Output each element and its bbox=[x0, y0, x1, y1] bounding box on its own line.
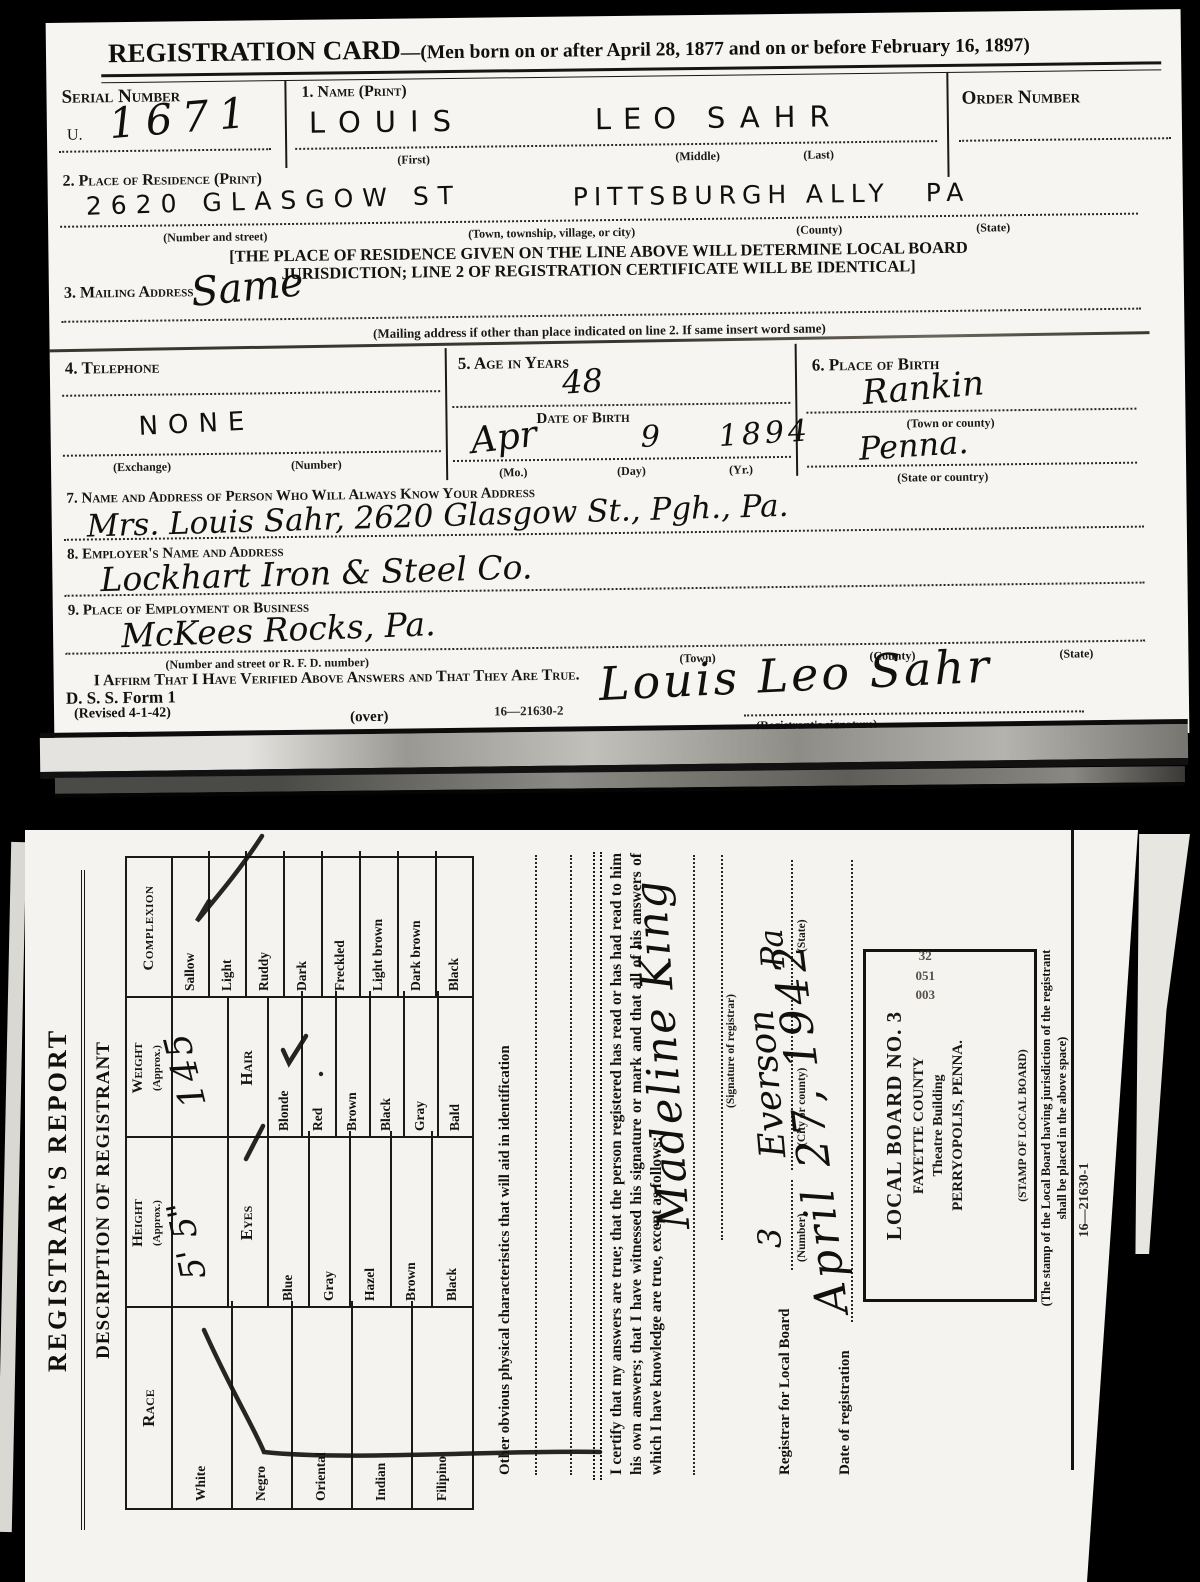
telephone-label: 4. Telephone bbox=[65, 358, 160, 379]
name-first-cap: (First) bbox=[397, 152, 430, 167]
eyes-option-brown: Brown bbox=[390, 1131, 433, 1308]
dob-label: Date of Birth bbox=[536, 410, 629, 428]
adjacent-card-sliver-left bbox=[0, 842, 26, 1532]
stamp-note-line2: shall be placed in the above space) bbox=[1055, 936, 1071, 1320]
telephone-number-cap: (Number) bbox=[291, 457, 342, 473]
height-header: Height bbox=[127, 1138, 147, 1308]
serial-prefix: U. bbox=[67, 127, 83, 145]
hair-header: Hair bbox=[237, 1050, 256, 1085]
hair-option-black: Black bbox=[369, 991, 405, 1138]
residence-state-cap: (State) bbox=[976, 220, 1010, 235]
complexion-option-dark: Dark bbox=[283, 851, 323, 998]
back-card: REGISTRAR'S REPORT DESCRIPTION OF REGIST… bbox=[25, 830, 1170, 1582]
complexion-option-sallow: Sallow bbox=[171, 851, 210, 998]
front-print-code: 16—21630-2 bbox=[494, 703, 564, 720]
name-middle-value: Leo bbox=[595, 101, 689, 136]
eyes-option-gray: Gray bbox=[308, 1131, 351, 1308]
dob-day-value: 9 bbox=[641, 419, 661, 454]
race-header: Race bbox=[139, 1389, 158, 1427]
dob-month-cap: (Mo.) bbox=[499, 465, 528, 480]
name-first-value: Louis bbox=[309, 104, 466, 140]
card-title-sub: —(Men born on or after April 28, 1877 an… bbox=[401, 35, 1030, 64]
race-option-filipino: Filipino bbox=[411, 1301, 472, 1508]
eyes-option-hazel: Hazel bbox=[349, 1131, 392, 1308]
employment-state-cap: (State) bbox=[1059, 646, 1093, 661]
complexion-option-ruddy: Ruddy bbox=[245, 851, 285, 998]
registration-date-label: Date of registration bbox=[837, 1350, 854, 1475]
stamp-caption: (STAMP OF LOCAL BOARD) bbox=[1017, 952, 1029, 1299]
complexion-option-light-brown: Light brown bbox=[359, 851, 399, 998]
back-bottom-rule bbox=[1071, 830, 1074, 1470]
hair-option-gray: Gray bbox=[403, 991, 439, 1138]
complexion-header: Complexion bbox=[141, 886, 157, 971]
dob-day-cap: (Day) bbox=[617, 464, 646, 479]
serial-value: 1671 bbox=[107, 87, 257, 148]
registrant-signature: Louis Leo Sahr bbox=[598, 639, 994, 711]
age-value: 48 bbox=[561, 361, 604, 402]
adjacent-card-sliver bbox=[1128, 834, 1190, 1254]
hair-option-red: Red bbox=[301, 991, 337, 1138]
stamp-code-1: 32 bbox=[916, 947, 936, 967]
name-last-cap: (Last) bbox=[803, 147, 834, 162]
race-option-negro: Negro bbox=[231, 1301, 293, 1508]
mailing-value: Same bbox=[189, 259, 306, 316]
local-board-stamp: LOCAL BOARD NO. 3 FAYETTE COUNTY Theatre… bbox=[863, 949, 1037, 1302]
complexion-option-black: Black bbox=[435, 851, 472, 998]
birthplace-state-value: Penna. bbox=[858, 423, 970, 468]
residence-town-cap: (Town, township, village, or city) bbox=[468, 225, 635, 242]
hair-option-bald: Bald bbox=[437, 991, 472, 1138]
residence-state-value: Pa bbox=[926, 178, 971, 208]
residence-county-value: Ally bbox=[806, 179, 891, 209]
registrar-board-number-value: 3 bbox=[751, 1228, 789, 1248]
report-title: REGISTRAR'S REPORT bbox=[25, 830, 73, 1570]
stamp-code-2: 051 bbox=[916, 966, 936, 986]
back-print-code: 16—21630-1 bbox=[1077, 830, 1093, 1570]
stamp-code-numbers: 32 051 003 bbox=[916, 947, 936, 1006]
eyes-option-blue: Blue bbox=[267, 1131, 310, 1308]
card-title-main: REGISTRATION CARD bbox=[108, 35, 401, 69]
race-option-indian: Indian bbox=[351, 1301, 413, 1508]
certify-divider bbox=[593, 852, 602, 1480]
order-number-label: Order Number bbox=[961, 86, 1080, 109]
over-note: (over) bbox=[350, 709, 389, 726]
birthplace-town-value: Rankin bbox=[861, 363, 986, 413]
race-option-oriental: Oriental bbox=[291, 1301, 353, 1508]
stamp-code-3: 003 bbox=[916, 986, 936, 1006]
complexion-option-light: Light bbox=[208, 851, 247, 998]
stamp-note: (The stamp of the Local Board having jur… bbox=[1039, 936, 1070, 1320]
telephone-exchange-cap: (Exchange) bbox=[113, 459, 171, 475]
dob-month-value: Apr bbox=[469, 414, 540, 462]
dob-year-cap: (Yr.) bbox=[729, 462, 753, 477]
age-label: 5. Age in Years bbox=[458, 353, 569, 374]
complexion-option-dark-brown: Dark brown bbox=[397, 851, 437, 998]
registrar-signature-cap: (Signature of registrar) bbox=[725, 994, 737, 1108]
mailing-label: 3. Mailing Address bbox=[64, 283, 194, 303]
card-title: REGISTRATION CARD—(Men born on or after … bbox=[108, 27, 1030, 69]
form-revision: (Revised 4-1-42) bbox=[74, 705, 171, 722]
report-subtitle: DESCRIPTION OF REGISTRANT bbox=[85, 830, 115, 1570]
registrars-report-form: REGISTRAR'S REPORT DESCRIPTION OF REGIST… bbox=[25, 830, 1095, 1570]
dob-year-value: 1894 bbox=[718, 413, 812, 454]
registrar-board-label: Registrar for Local Board bbox=[777, 1308, 794, 1475]
stamp-board-name: LOCAL BOARD NO. 3 bbox=[866, 952, 907, 1299]
residence-county-cap: (County) bbox=[796, 222, 842, 238]
complexion-option-freckled: Freckled bbox=[321, 851, 361, 998]
residence-town-value: Pittsburgh bbox=[573, 180, 793, 212]
description-table: Race White Negro Oriental Indian Filipin… bbox=[125, 856, 474, 1510]
name-middle-cap: (Middle) bbox=[675, 149, 720, 165]
stamp-note-line1: (The stamp of the Local Board having jur… bbox=[1039, 936, 1055, 1320]
telephone-value: None bbox=[138, 406, 255, 441]
weight-header: Weight bbox=[127, 998, 147, 1138]
name-label: 1. Name (Print) bbox=[301, 83, 406, 102]
race-option-white: White bbox=[171, 1301, 233, 1508]
hair-option-blonde: Blonde bbox=[267, 991, 303, 1138]
hair-option-brown: Brown bbox=[335, 991, 371, 1138]
name-last-value: Sahr bbox=[707, 99, 844, 135]
residence-street-cap: (Number and street) bbox=[163, 229, 267, 245]
eyes-option-black: Black bbox=[431, 1131, 472, 1308]
stamp-city-state: PERRYOPOLIS, PENNA. bbox=[947, 952, 967, 1299]
birthplace-state-cap: (State or country) bbox=[897, 469, 988, 485]
other-characteristics-label: Other obvious physical characteristics t… bbox=[497, 855, 514, 1475]
front-card: REGISTRATION CARD—(Men born on or after … bbox=[46, 9, 1190, 747]
eyes-header: Eyes bbox=[237, 1206, 256, 1241]
scanned-draft-card-page: REGISTRATION CARD—(Men born on or after … bbox=[0, 0, 1200, 1582]
